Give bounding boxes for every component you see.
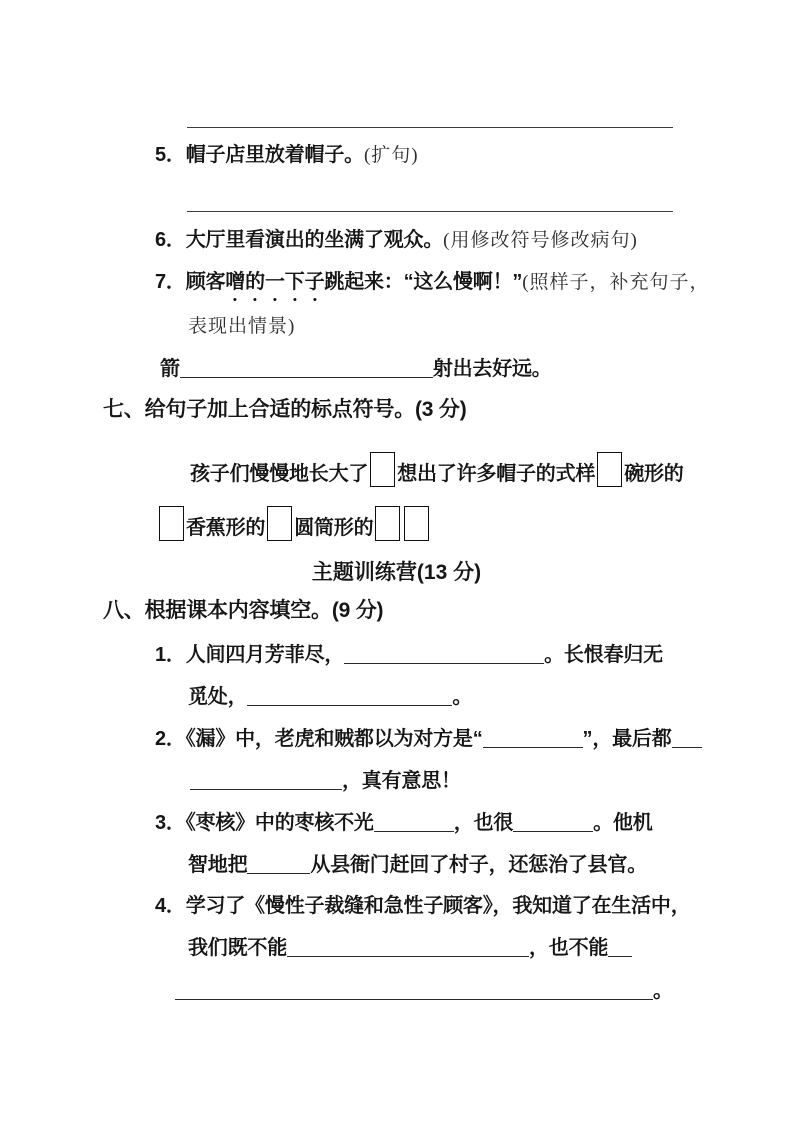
fill-item-3-text-b: ，也很 <box>454 812 513 834</box>
punctuation-line-2: 香蕉形的圆筒形的 <box>157 506 431 542</box>
fill-item-4-text-c: ，也不能 <box>529 937 608 959</box>
punctuation-box <box>404 506 429 541</box>
punctuation-box <box>375 506 400 541</box>
fill-item-1-text-a: 1．人间四月芳菲尽， <box>155 644 344 666</box>
fill-item-3-line-1: 3．《枣核》中的枣核不光，也很。他机 <box>155 810 653 837</box>
fill-blank <box>247 853 310 874</box>
fill-item-1-text-b: 。长恨春归无 <box>544 644 663 666</box>
item-7-line-1: 7．顾客噌的一下子跳起来：“这么慢啊！”(照样子，补充句子， <box>155 269 710 296</box>
section-8-points: (9 分) <box>332 599 384 622</box>
fill-item-1-line-1: 1．人间四月芳菲尽，。长恨春归无 <box>155 642 663 669</box>
arrow-sentence-end: 射出去好远。 <box>433 358 552 380</box>
fill-item-4-text-d: 。 <box>653 980 673 1002</box>
item-7-emphasized-text: 噌的一下子 <box>225 271 324 293</box>
fill-blank <box>344 643 544 664</box>
item-7-note-part1: (照样子，补充句子， <box>522 272 709 293</box>
punctuation-box <box>370 452 395 487</box>
item-5-text: 5．帽子店里放着帽子。 <box>155 144 364 166</box>
item-7-prefix: 顾客 <box>186 271 226 293</box>
punctuation-text-2: 想出了许多帽子的式样 <box>397 463 595 485</box>
punctuation-text-3: 碗形的 <box>624 463 683 485</box>
fill-blank <box>190 769 342 790</box>
fill-blank <box>483 727 583 748</box>
answer-blank-line-2 <box>187 211 673 212</box>
section-7-title: 七、给句子加上合适的标点符号。 <box>103 398 415 421</box>
fill-blank <box>513 811 593 832</box>
arrow-sentence-start: 箭 <box>160 358 180 380</box>
item-5: 5．帽子店里放着帽子。(扩句) <box>155 142 419 169</box>
arrow-sentence: 箭射出去好远。 <box>160 356 552 383</box>
fill-blank <box>247 685 452 706</box>
fill-item-4-text-b: 我们既不能 <box>188 937 287 959</box>
fill-item-4-text-a: 4．学习了《慢性子裁缝和急性子顾客》，我知道了在生活中， <box>155 895 691 917</box>
fill-item-1-text-d: 。 <box>452 686 472 708</box>
fill-item-4-line-2: 我们既不能，也不能 <box>188 935 632 962</box>
punctuation-box <box>597 452 622 487</box>
punctuation-text-5: 圆筒形的 <box>294 517 373 539</box>
item-6: 6．大厅里看演出的坐满了观众。(用修改符号修改病句) <box>155 227 638 254</box>
fill-blank <box>287 936 529 957</box>
fill-item-2-line-1: 2．《漏》中，老虎和贼都以为对方是“”，最后都 <box>155 726 702 753</box>
answer-blank-line-1 <box>187 127 673 128</box>
fill-item-3-line-2: 智地把从县衙门赶回了村子，还惩治了县官。 <box>188 852 647 879</box>
fill-item-2-text-b: ”，最后都 <box>583 728 672 750</box>
item-7-number: 7． <box>155 271 186 293</box>
fill-item-3-text-d: 智地把 <box>188 854 247 876</box>
fill-item-2-line-2: ，真有意思！ <box>190 768 461 795</box>
item-7-note-part2: 表现出情景) <box>188 316 295 337</box>
fill-item-1-text-c: 觅处， <box>188 686 247 708</box>
fill-item-4-line-1: 4．学习了《慢性子裁缝和急性子顾客》，我知道了在生活中， <box>155 893 691 920</box>
fill-item-3-text-c: 。他机 <box>593 812 652 834</box>
fill-item-3-text-a: 3．《枣核》中的枣核不光 <box>155 812 374 834</box>
fill-item-3-text-e: 从县衙门赶回了村子，还惩治了县官。 <box>310 854 647 876</box>
fill-item-2-text-c: ，真有意思！ <box>342 770 461 792</box>
fill-item-1-line-2: 觅处，。 <box>188 684 472 711</box>
punctuation-box <box>267 506 292 541</box>
punctuation-box <box>159 506 184 541</box>
section-7-heading: 七、给句子加上合适的标点符号。(3 分) <box>103 396 467 423</box>
fill-blank <box>608 936 632 957</box>
fill-blank <box>180 357 433 378</box>
fill-item-4-line-3: 。 <box>175 978 673 1005</box>
fill-blank <box>672 727 702 748</box>
banner-title: 主题训练营(13 分) <box>0 556 793 586</box>
punctuation-line-1: 孩子们慢慢地长大了想出了许多帽子的式样碗形的 <box>190 452 684 488</box>
item-6-note: (用修改符号修改病句) <box>443 230 638 251</box>
exam-worksheet-page: 5．帽子店里放着帽子。(扩句) 6．大厅里看演出的坐满了观众。(用修改符号修改病… <box>0 0 793 1122</box>
fill-blank <box>374 811 454 832</box>
item-6-text: 6．大厅里看演出的坐满了观众。 <box>155 229 443 251</box>
section-8-heading: 八、根据课本内容填空。(9 分) <box>103 597 383 624</box>
item-7-suffix: 跳起来：“这么慢啊！” <box>324 271 522 293</box>
item-5-note: (扩句) <box>364 145 419 166</box>
fill-blank <box>175 979 653 1000</box>
fill-item-2-text-a: 2．《漏》中，老虎和贼都以为对方是“ <box>155 728 483 750</box>
section-7-points: (3 分) <box>415 398 467 421</box>
item-7-line-2: 表现出情景) <box>188 313 295 340</box>
section-8-title: 八、根据课本内容填空。 <box>103 599 332 622</box>
punctuation-text-1: 孩子们慢慢地长大了 <box>190 463 368 485</box>
punctuation-text-4: 香蕉形的 <box>186 517 265 539</box>
